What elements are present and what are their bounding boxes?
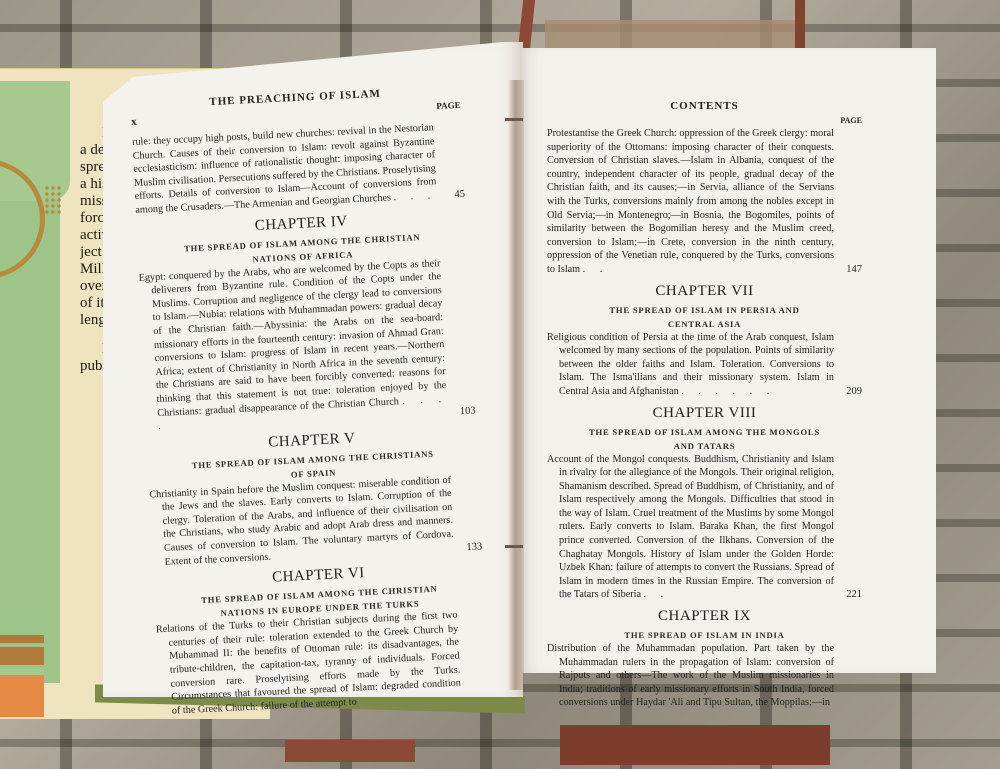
left-page-text: THE PREACHING OF ISLAM x PAGE rule: they… — [130, 84, 490, 719]
chapter-summary: Christianity in Spain before the Muslim … — [149, 472, 483, 570]
chapter-title: THE SPREAD OF ISLAM AMONG THE MONGOLS — [547, 425, 862, 439]
chapter-heading: CHAPTER VII — [547, 283, 862, 300]
page-number: 133 — [466, 540, 482, 554]
cover-stripe — [0, 675, 44, 717]
book-spine-gutter — [508, 80, 524, 690]
right-page-text: CONTENTS PAGE Protestantise the Greek Ch… — [547, 100, 862, 710]
spine-tear — [505, 118, 523, 121]
rug-pattern — [560, 725, 830, 765]
page-column-label: PAGE — [436, 100, 461, 113]
chapter-title: CENTRAL ASIA — [547, 317, 862, 331]
folio-number: x — [131, 116, 137, 128]
toc-entry: Protestantise the Greek Church: oppressi… — [547, 127, 862, 277]
page-number: 45 — [454, 188, 465, 202]
spine-tear — [505, 545, 523, 548]
chapter-title: AND TATARS — [547, 439, 862, 453]
chapter-title: THE SPREAD OF ISLAM IN PERSIA AND — [547, 303, 862, 317]
rug-pattern — [795, 0, 805, 55]
cover-dot-decoration — [44, 185, 62, 215]
chapter-summary: Distribution of the Muhammadan populatio… — [547, 642, 862, 710]
chapter-heading: CHAPTER VIII — [547, 405, 862, 422]
page-number: 147 — [846, 263, 862, 277]
page-number: 103 — [460, 405, 476, 419]
page-number: 221 — [846, 588, 862, 602]
chapter-title: THE SPREAD OF ISLAM IN INDIA — [547, 628, 862, 642]
toc-entry: rule: they occupy high posts, build new … — [132, 120, 466, 218]
chapter-summary: Religious condition of Persia at the tim… — [547, 331, 862, 399]
cover-stripe — [0, 647, 44, 665]
page-column-label: PAGE — [547, 116, 862, 125]
entry-text: rule: they occupy high posts, build new … — [132, 121, 438, 217]
running-head: CONTENTS — [547, 100, 862, 112]
chapter-heading: CHAPTER IX — [547, 608, 862, 625]
chapter-summary: Relations of the Turks to their Christia… — [156, 608, 490, 719]
page-number: 209 — [846, 385, 862, 399]
cover-stripe — [0, 635, 44, 643]
chapter-summary: Egypt: conquered by the Arabs, who are w… — [138, 255, 476, 434]
rug-pattern — [285, 740, 415, 762]
chapter-summary: Account of the Mongol conquests. Buddhis… — [547, 453, 862, 603]
